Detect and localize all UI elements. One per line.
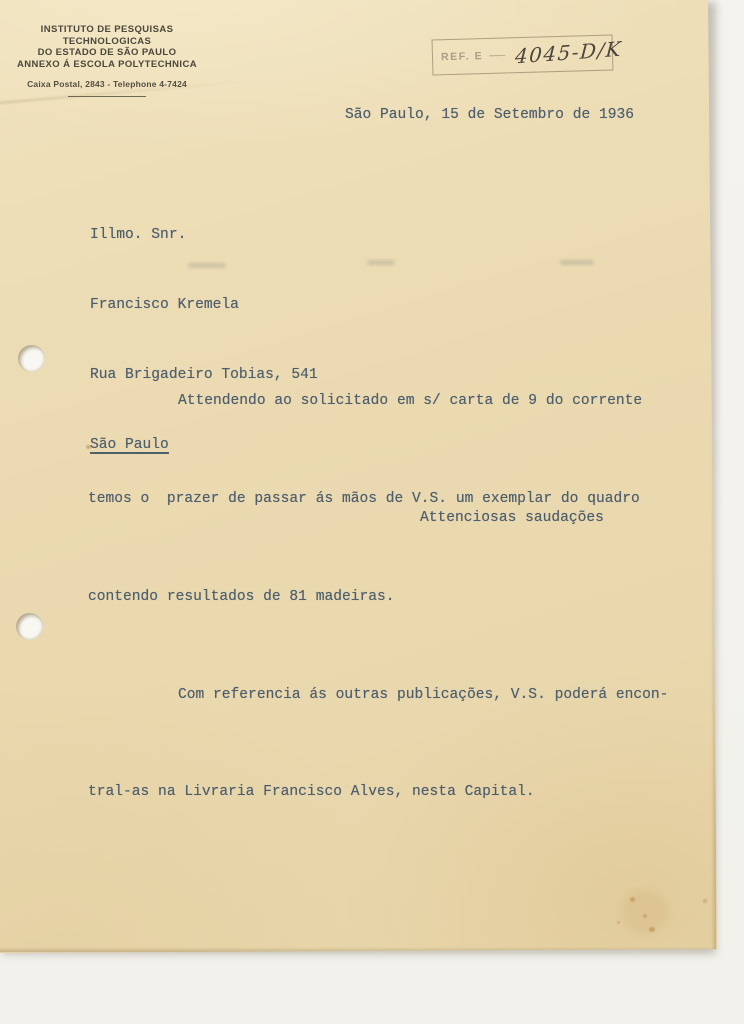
- foxing-spot: [630, 897, 635, 902]
- letter-body-line: tral-as na Livraria Francisco Alves, nes…: [88, 776, 673, 809]
- scanned-letter-page: { "letterhead": { "line1": "INSTITUTO DE…: [0, 0, 744, 1024]
- foxing-patch: [622, 890, 668, 934]
- stamp-dash: —: [483, 46, 505, 65]
- pencil-smudge: [367, 260, 395, 265]
- foxing-spot: [649, 927, 655, 932]
- foxing-spot: [617, 921, 620, 924]
- letterhead-line-2: DO ESTADO DE SÃO PAULO: [8, 47, 206, 59]
- letterhead: INSTITUTO DE PESQUISAS TECHNOLOGICAS DO …: [8, 24, 206, 97]
- letter-body-line: Com referencia ás outras publicações, V.…: [88, 679, 673, 712]
- letter-body-line: contendo resultados de 81 madeiras.: [88, 581, 673, 614]
- letterhead-line-1: INSTITUTO DE PESQUISAS TECHNOLOGICAS: [8, 24, 206, 47]
- foxing-spot: [703, 899, 707, 903]
- letter-paper-sheet: INSTITUTO DE PESQUISAS TECHNOLOGICAS DO …: [0, 0, 720, 956]
- letterhead-line-3: ANNEXO Á ESCOLA POLYTECHNICA: [8, 59, 206, 71]
- recipient-salutation: Illmo. Snr.: [90, 224, 318, 247]
- date-line: São Paulo, 15 de Setembro de 1936: [345, 107, 634, 123]
- letterhead-contact: Caixa Postal, 2843 - Telephone 4-7424: [8, 79, 206, 91]
- letter-body-line: Attendendo ao solicitado em s/ carta de …: [88, 385, 673, 418]
- pencil-smudge: [560, 260, 594, 265]
- reference-stamp-box: REF. E — 4045-D/K: [432, 34, 614, 75]
- letter-body: Attendendo ao solicitado em s/ carta de …: [88, 320, 673, 874]
- recipient-name: Francisco Kremela: [90, 294, 318, 317]
- punch-hole-bottom: [16, 613, 43, 640]
- closing-salutation: Attenciosas saudações: [420, 510, 604, 526]
- handwritten-reference: 4045-D/K: [505, 36, 624, 69]
- stain-spot: [86, 445, 91, 449]
- foxing-spot: [643, 914, 647, 918]
- punch-hole-top: [18, 345, 45, 372]
- letterhead-divider: [68, 96, 146, 98]
- stamp-ref-label: REF. E: [433, 50, 484, 63]
- pencil-smudge: [188, 263, 226, 268]
